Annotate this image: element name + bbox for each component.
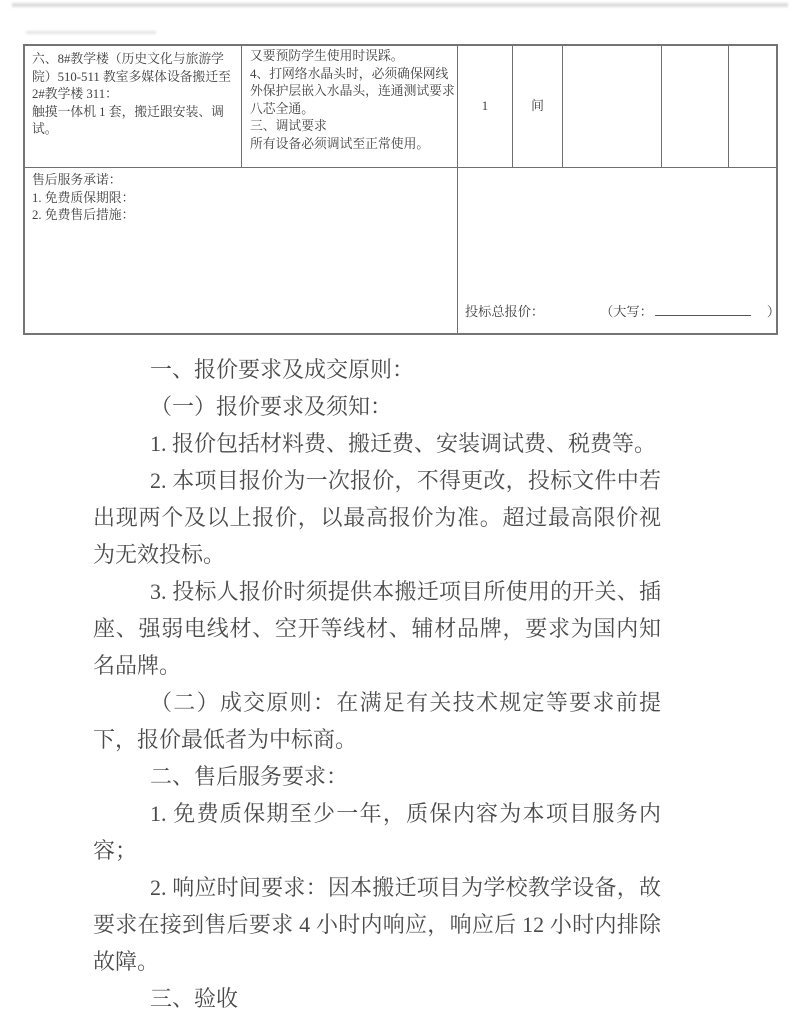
table-row-summary: 售后服务承诺： 1. 免费质保期限： 2. 免费售后措施： 投标总报价：（大写：… [25,168,776,333]
blank-underline-field [655,302,751,316]
cell-item-description: 六、8#教学楼（历史文化与旅游学 院）510-511 教室多媒体设备搬迁至 2#… [25,46,242,167]
cell-unit: 间 [513,46,563,167]
cell-remark-empty [729,46,776,167]
body-line: 故障。 [93,943,661,980]
cell-line: 2. 免费售后措施： [32,207,451,225]
scan-artifact-smudge [26,31,156,34]
close-paren: ） [767,304,776,319]
body-line: 下，报价最低者为中标商。 [93,721,661,758]
body-heading-3: 三、验收 [93,980,661,1012]
cell-line: 1. 免费质保期限： [32,190,451,208]
body-line: 2. 响应时间要求：因本搬迁项目为学校教学设备，故 [93,869,661,906]
cell-technical-requirements: 又要预防学生使用时误踩。 4、打网络水晶头时，必须确保网线 外保护层嵌入水晶头，… [242,46,458,167]
cell-line: 试。 [32,121,237,139]
body-heading-1a: （一）报价要求及须知： [93,388,661,425]
table-row-item: 六、8#教学楼（历史文化与旅游学 院）510-511 教室多媒体设备搬迁至 2#… [25,46,776,168]
total-bid-price-line: 投标总报价：（大写：） [465,302,776,321]
document-body: 一、报价要求及成交原则： （一）报价要求及须知： 1. 报价包括材料费、搬迁费、… [93,351,661,1012]
cell-line: 所有设备必须调试至正常使用。 [250,136,454,154]
body-line: 名品牌。 [93,647,661,684]
scan-artifact-top [12,3,788,7]
body-line: 3. 投标人报价时须提供本搬迁项目所使用的开关、插 [93,573,661,610]
cell-line: 六、8#教学楼（历史文化与旅游学 [32,51,237,69]
cell-line: 4、打网络水晶头时，必须确保网线 [250,66,454,84]
body-line: 2. 本项目报价为一次报价，不得更改，投标文件中若 [93,462,661,499]
cell-total-bid-price: 投标总报价：（大写：） [458,168,776,333]
cell-after-sales-commitment: 售后服务承诺： 1. 免费质保期限： 2. 免费售后措施： [25,168,458,333]
body-heading-1: 一、报价要求及成交原则： [93,351,661,388]
cell-line: 售后服务承诺： [32,172,451,190]
document-page: 六、8#教学楼（历史文化与旅游学 院）510-511 教室多媒体设备搬迁至 2#… [0,0,800,1012]
cell-quantity: 1 [458,46,513,167]
cell-line: 外保护层嵌入水晶头，连通测试要求 [250,83,454,101]
cell-line: 2#教学楼 311： [32,86,237,104]
body-line: 出现两个及以上报价，以最高报价为准。超过最高限价视 [93,499,661,536]
cell-line: 三、调试要求 [250,118,454,136]
body-heading-2: 二、售后服务要求： [93,758,661,795]
body-line: （二）成交原则：在满足有关技术规定等要求前提 [93,684,661,721]
body-line: 为无效投标。 [93,536,661,573]
bid-items-table: 六、8#教学楼（历史文化与旅游学 院）510-511 教室多媒体设备搬迁至 2#… [23,44,778,335]
cell-line: 八芯全通。 [250,101,454,119]
amount-in-words-label: （大写： [600,304,653,319]
cell-line: 又要预防学生使用时误踩。 [250,48,454,66]
body-line: 容； [93,832,661,869]
cell-line: 触摸一体机 1 套，搬迁跟安装、调 [32,104,237,122]
body-line: 1. 报价包括材料费、搬迁费、安装调试费、税费等。 [93,425,661,462]
cell-unit-price-empty [563,46,662,167]
total-price-label: 投标总报价： [465,304,544,319]
cell-line: 院）510-511 教室多媒体设备搬迁至 [32,69,237,87]
body-line: 要求在接到售后要求 4 小时内响应，响应后 12 小时内排除 [93,906,661,943]
cell-total-price-empty [662,46,729,167]
body-line: 座、强弱电线材、空开等线材、辅材品牌，要求为国内知 [93,610,661,647]
body-line: 1. 免费质保期至少一年，质保内容为本项目服务内 [93,795,661,832]
